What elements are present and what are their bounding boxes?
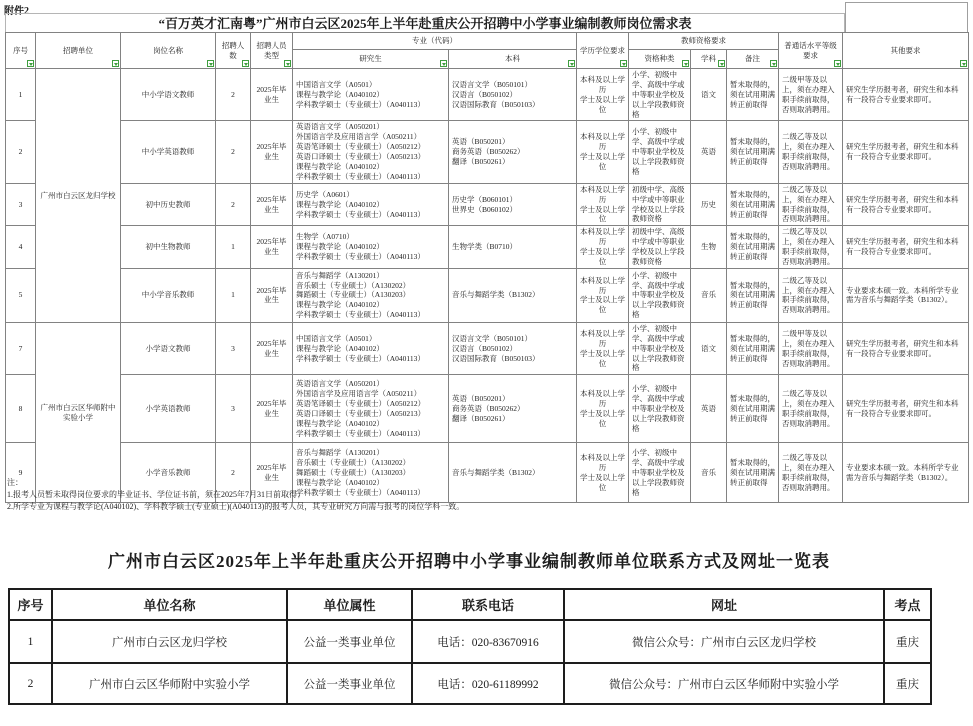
cell-post: 初中历史教师 [121,183,216,226]
col-header-mandarin-label: 普通话水平等级要求 [784,41,837,60]
cell-unit: 广州市白云区龙归学校 [36,69,121,323]
col-header-remark: 备注 [727,50,779,69]
cell-subject: 英语 [691,375,727,443]
cell-count: 3 [216,375,251,443]
cell-undergrad: 汉语言文学（B050101） 汉语言（B050102） 汉语国际教育（B0501… [449,322,577,374]
cell-post: 初中生物教师 [121,226,216,269]
cell-mandarin: 二级乙等及以上，须在办理入职手续前取得，否则取消聘用。 [779,226,843,269]
cell-other: 研究生学历报考者，研究生和本科有一段符合专业要求即可。 [843,69,969,121]
contact-cell-name: 广州市白云区龙归学校 [52,620,287,663]
cell-grad: 生物学（A0710） 课程与教学论（A040102） 学科教学硕士（专业硕士）（… [293,226,449,269]
contact-cell-venue: 重庆 [884,620,931,663]
cell-other: 研究生学历报考者，研究生和本科有一段符合专业要求即可。 [843,226,969,269]
filter-dropdown-icon[interactable] [27,60,34,67]
cell-degree: 本科及以上学历 学士及以上学位 [577,322,629,374]
contact-cell-no: 1 [9,620,52,663]
cell-other: 研究生学历报考者，研究生和本科有一段符合专业要求即可。 [843,183,969,226]
cell-cert: 小学、初级中学、高级中学或中等职业学校及以上学段教师资格 [629,322,691,374]
contact-table: 序号 单位名称 单位属性 联系电话 网址 考点 1 广州市白云区龙归学校 公益一… [8,588,932,705]
cell-cert: 小学、初级中学、高级中学或中等职业学校及以上学段教师资格 [629,375,691,443]
cell-count: 1 [216,268,251,322]
job-requirements-table: 序号 招聘单位 岗位名称 招聘人数 招聘人员类型 专业（代码） 学历学位要求 教… [5,32,969,503]
cell-mandarin: 二级甲等及以上，须在办理入职手续前取得，否则取消聘用。 [779,69,843,121]
cell-cert: 小学、初级中学、高级中学或中等职业学校及以上学段教师资格 [629,69,691,121]
cell-no: 4 [6,226,36,269]
filter-dropdown-icon[interactable] [568,60,575,67]
cell-count: 2 [216,183,251,226]
cell-mandarin: 二级乙等及以上，须在办理入职手续前取得，否则取消聘用。 [779,183,843,226]
cell-grad: 英语语言文学（A050201） 外国语言学及应用语言学（A050211） 英语笔… [293,121,449,183]
filter-dropdown-icon[interactable] [242,60,249,67]
cell-undergrad: 汉语言文学（B050101） 汉语言（B050102） 汉语国际教育（B0501… [449,69,577,121]
cell-other: 专业要求本硕一致。本科所学专业需为音乐与舞蹈学类（B1302）。 [843,443,969,503]
col-header-unit: 招聘单位 [36,33,121,69]
col-header-count-label: 招聘人数 [222,41,245,60]
col-header-type-label: 招聘人员类型 [257,41,287,60]
cell-remark: 暂未取得的，须在试用期满转正前取得 [727,322,779,374]
col-header-post: 岗位名称 [121,33,216,69]
cell-undergrad: 历史学（B060101） 世界史（B060102） [449,183,577,226]
cell-no: 2 [6,121,36,183]
cell-no: 8 [6,375,36,443]
header-row-1: 序号 招聘单位 岗位名称 招聘人数 招聘人员类型 专业（代码） 学历学位要求 教… [6,33,969,50]
footnote-line: 2.所学专业为课程与教学论(A040102)、学科教学硕士(专业硕士)(A040… [7,501,464,513]
col-header-count: 招聘人数 [216,33,251,69]
contact-table-title: 广州市白云区2025年上半年赴重庆公开招聘中小学事业编制教师单位联系方式及网址一… [8,547,930,572]
cell-count: 2 [216,121,251,183]
col-header-degree-label: 学历学位要求 [580,46,625,55]
page: 附件2 “百万英才汇南粤”广州市白云区2025年上半年赴重庆公开招聘中小学事业编… [0,0,973,726]
cell-type: 2025年毕业生 [251,121,293,183]
cell-post: 小学英语教师 [121,375,216,443]
cell-mandarin: 二级乙等及以上，须在办理入职手续前取得，否则取消聘用。 [779,268,843,322]
contact-cell-site: 微信公众号：广州市白云区龙归学校 [564,620,884,663]
filter-dropdown-icon[interactable] [440,60,447,67]
cell-post: 中小学语文教师 [121,69,216,121]
footnotes: 注： 1.报考人员暂未取得岗位要求的毕业证书、学位证书前，须在2025年7月31… [7,477,464,513]
col-header-grad-label: 研究生 [359,54,382,63]
contact-cell-phone: 电话：020-61189992 [412,663,564,704]
col-header-subject-label: 学科 [701,54,716,63]
contact-header-attr: 单位属性 [287,589,412,620]
cell-no: 1 [6,69,36,121]
col-header-major-group: 专业（代码） [293,33,577,50]
cell-degree: 本科及以上学历 学士及以上学位 [577,268,629,322]
cell-count: 1 [216,226,251,269]
cell-degree: 本科及以上学历 学士及以上学位 [577,69,629,121]
cell-mandarin: 二级乙等及以上，须在办理入职手续前取得，否则取消聘用。 [779,375,843,443]
table-row: 3 初中历史教师 2 2025年毕业生 历史学（A0601） 课程与教学论（A0… [6,183,969,226]
contact-cell-name: 广州市白云区华师附中实验小学 [52,663,287,704]
col-header-degree: 学历学位要求 [577,33,629,69]
contact-cell-attr: 公益一类事业单位 [287,620,412,663]
cell-count: 2 [216,69,251,121]
col-header-other-label: 其他要求 [891,46,921,55]
cell-other: 研究生学历报考者，研究生和本科有一段符合专业要求即可。 [843,121,969,183]
contact-cell-venue: 重庆 [884,663,931,704]
cell-undergrad: 英语（B050201） 商务英语（B050262） 翻译（B050261） [449,121,577,183]
cell-no: 7 [6,322,36,374]
contact-header-no: 序号 [9,589,52,620]
cell-grad: 中国语言文学（A0501） 课程与教学论（A040102） 学科教学硕士（专业硕… [293,322,449,374]
col-header-no-label: 序号 [13,46,28,55]
cell-subject: 生物 [691,226,727,269]
filter-dropdown-icon[interactable] [960,60,967,67]
contact-cell-phone: 电话：020-83670916 [412,620,564,663]
cell-remark: 暂未取得的，须在试用期满转正前取得 [727,183,779,226]
cell-subject: 音乐 [691,443,727,503]
cell-cert: 初级中学、高级中学或中等职业学校及以上学段教师资格 [629,226,691,269]
cell-degree: 本科及以上学历 学士及以上学位 [577,226,629,269]
job-table-title: “百万英才汇南粤”广州市白云区2025年上半年赴重庆公开招聘中小学事业编制教师岗… [5,13,845,32]
filter-dropdown-icon[interactable] [682,60,689,67]
cell-subject: 历史 [691,183,727,226]
col-header-cert-type: 资格种类 [629,50,691,69]
table-row: 5 中小学音乐教师 1 2025年毕业生 音乐与舞蹈学（A130201） 音乐硕… [6,268,969,322]
cell-remark: 暂未取得的，须在试用期满转正前取得 [727,268,779,322]
footnote-label: 注： [7,477,464,489]
contact-header-phone: 联系电话 [412,589,564,620]
table-row: 8 小学英语教师 3 2025年毕业生 英语语言文学（A050201） 外国语言… [6,375,969,443]
cell-unit: 广州市白云区华师附中实验小学 [36,322,121,502]
col-header-grad: 研究生 [293,50,449,69]
cell-cert: 小学、初级中学、高级中学或中等职业学校及以上学段教师资格 [629,121,691,183]
cell-type: 2025年毕业生 [251,322,293,374]
col-header-subject: 学科 [691,50,727,69]
cell-remark: 暂未取得的，须在试用期满转正前取得 [727,226,779,269]
cell-post: 中小学英语教师 [121,121,216,183]
contact-header-name: 单位名称 [52,589,287,620]
col-header-type: 招聘人员类型 [251,33,293,69]
cell-mandarin: 二级乙等及以上，须在办理入职手续前取得，否则取消聘用。 [779,443,843,503]
cell-remark: 暂未取得的，须在试用期满转正前取得 [727,69,779,121]
filter-dropdown-icon[interactable] [620,60,627,67]
filter-dropdown-icon[interactable] [834,60,841,67]
cell-post: 中小学音乐教师 [121,268,216,322]
col-header-cert-type-label: 资格种类 [645,54,675,63]
cell-grad: 中国语言文学（A0501） 课程与教学论（A040102） 学科教学硕士（专业硕… [293,69,449,121]
cell-subject: 音乐 [691,268,727,322]
col-header-unit-label: 招聘单位 [63,46,93,55]
empty-spreadsheet-cell [845,2,968,33]
col-header-other: 其他要求 [843,33,969,69]
contact-row: 2 广州市白云区华师附中实验小学 公益一类事业单位 电话：020-6118999… [9,663,931,704]
contact-cell-attr: 公益一类事业单位 [287,663,412,704]
col-header-cert-group-label: 教师资格要求 [681,36,726,45]
cell-type: 2025年毕业生 [251,226,293,269]
cell-degree: 本科及以上学历 学士及以上学位 [577,443,629,503]
cell-remark: 暂未取得的，须在试用期满转正前取得 [727,443,779,503]
cell-grad: 音乐与舞蹈学（A130201） 音乐硕士（专业硕士）（A130202） 舞蹈硕士… [293,268,449,322]
cell-count: 3 [216,322,251,374]
col-header-major-group-label: 专业（代码） [412,36,457,45]
cell-cert: 小学、初级中学、高级中学或中等职业学校及以上学段教师资格 [629,443,691,503]
cell-grad: 历史学（A0601） 课程与教学论（A040102） 学科教学硕士（专业硕士）（… [293,183,449,226]
contact-header-site: 网址 [564,589,884,620]
cell-no: 5 [6,268,36,322]
cell-no: 3 [6,183,36,226]
col-header-undergrad: 本科 [449,50,577,69]
cell-subject: 英语 [691,121,727,183]
cell-subject: 语文 [691,69,727,121]
cell-mandarin: 二级甲等及以上，须在办理入职手续前取得，否则取消聘用。 [779,322,843,374]
cell-type: 2025年毕业生 [251,375,293,443]
contact-cell-site: 微信公众号：广州市白云区华师附中实验小学 [564,663,884,704]
cell-other: 研究生学历报考者，研究生和本科有一段符合专业要求即可。 [843,322,969,374]
table-row: 7 广州市白云区华师附中实验小学 小学语文教师 3 2025年毕业生 中国语言文… [6,322,969,374]
cell-remark: 暂未取得的，须在试用期满转正前取得 [727,375,779,443]
cell-undergrad: 英语（B050201） 商务英语（B050262） 翻译（B050261） [449,375,577,443]
table-row: 4 初中生物教师 1 2025年毕业生 生物学（A0710） 课程与教学论（A0… [6,226,969,269]
contact-row: 1 广州市白云区龙归学校 公益一类事业单位 电话：020-83670916 微信… [9,620,931,663]
col-header-post-label: 岗位名称 [153,46,183,55]
filter-dropdown-icon[interactable] [207,60,214,67]
cell-mandarin: 二级乙等及以上，须在办理入职手续前取得，否则取消聘用。 [779,121,843,183]
col-header-no: 序号 [6,33,36,69]
cell-cert: 初级中学、高级中学或中等职业学校及以上学段教师资格 [629,183,691,226]
cell-type: 2025年毕业生 [251,268,293,322]
contact-header-row: 序号 单位名称 单位属性 联系电话 网址 考点 [9,589,931,620]
cell-post: 小学语文教师 [121,322,216,374]
col-header-remark-label: 备注 [745,54,760,63]
col-header-mandarin: 普通话水平等级要求 [779,33,843,69]
filter-dropdown-icon[interactable] [112,60,119,67]
cell-degree: 本科及以上学历 学士及以上学位 [577,375,629,443]
cell-other: 研究生学历报考者，研究生和本科有一段符合专业要求即可。 [843,375,969,443]
cell-type: 2025年毕业生 [251,69,293,121]
filter-dropdown-icon[interactable] [770,60,777,67]
filter-dropdown-icon[interactable] [284,60,291,67]
cell-type: 2025年毕业生 [251,183,293,226]
table-row: 1 广州市白云区龙归学校 中小学语文教师 2 2025年毕业生 中国语言文学（A… [6,69,969,121]
table-row: 2 中小学英语教师 2 2025年毕业生 英语语言文学（A050201） 外国语… [6,121,969,183]
filter-dropdown-icon[interactable] [718,60,725,67]
cell-undergrad: 音乐与舞蹈学类（B1302） [449,443,577,503]
cell-remark: 暂未取得的，须在试用期满转正前取得 [727,121,779,183]
cell-grad: 英语语言文学（A050201） 外国语言学及应用语言学（A050211） 英语笔… [293,375,449,443]
cell-degree: 本科及以上学历 学士及以上学位 [577,121,629,183]
cell-degree: 本科及以上学历 学士及以上学位 [577,183,629,226]
footnote-line: 1.报考人员暂未取得岗位要求的毕业证书、学位证书前，须在2025年7月31日前取… [7,489,464,501]
cell-undergrad: 音乐与舞蹈学类（B1302） [449,268,577,322]
contact-cell-no: 2 [9,663,52,704]
contact-header-venue: 考点 [884,589,931,620]
col-header-undergrad-label: 本科 [505,54,520,63]
cell-other: 专业要求本硕一致。本科所学专业需为音乐与舞蹈学类（B1302）。 [843,268,969,322]
col-header-cert-group: 教师资格要求 [629,33,779,50]
cell-subject: 语文 [691,322,727,374]
cell-undergrad: 生物学类（B0710） [449,226,577,269]
cell-cert: 小学、初级中学、高级中学或中等职业学校及以上学段教师资格 [629,268,691,322]
